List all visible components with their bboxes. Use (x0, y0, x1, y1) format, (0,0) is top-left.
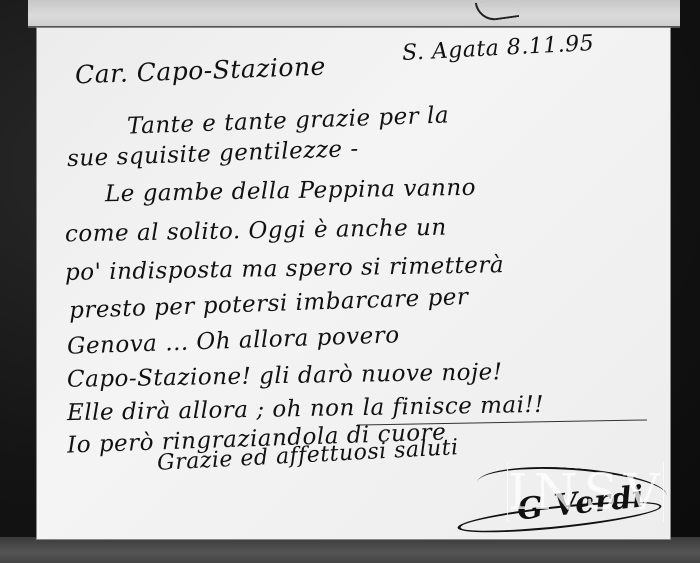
letter-card: S. Agata 8.11.95 Car. Capo-Stazione Tant… (37, 28, 670, 539)
letter-line: presto per potersi imbarcare per (69, 284, 469, 324)
letter-line: sue squisite gentilezze - (67, 136, 359, 172)
letter-line: come al solito. Oggi è anche un (65, 215, 447, 248)
letter-line: po' indisposta ma spero si rimetterà (65, 252, 504, 286)
letter-line: Le gambe della Peppina vanno (105, 175, 476, 207)
watermark: INSV (507, 462, 664, 522)
letter-line: Tante e tante grazie per la (127, 102, 450, 139)
letter-line: Elle dirà allora ; oh non la finisce mai… (67, 392, 544, 426)
salutation: Car. Capo-Stazione (75, 52, 327, 90)
ink-stroke (475, 0, 519, 23)
letter-line: Genova ... Oh allora povero (67, 322, 400, 360)
dateline: S. Agata 8.11.95 (401, 31, 594, 66)
top-paper-strip (28, 0, 680, 28)
letter-line: Capo-Stazione! gli darò nuove noje! (67, 359, 503, 393)
bottom-edge (0, 537, 700, 563)
